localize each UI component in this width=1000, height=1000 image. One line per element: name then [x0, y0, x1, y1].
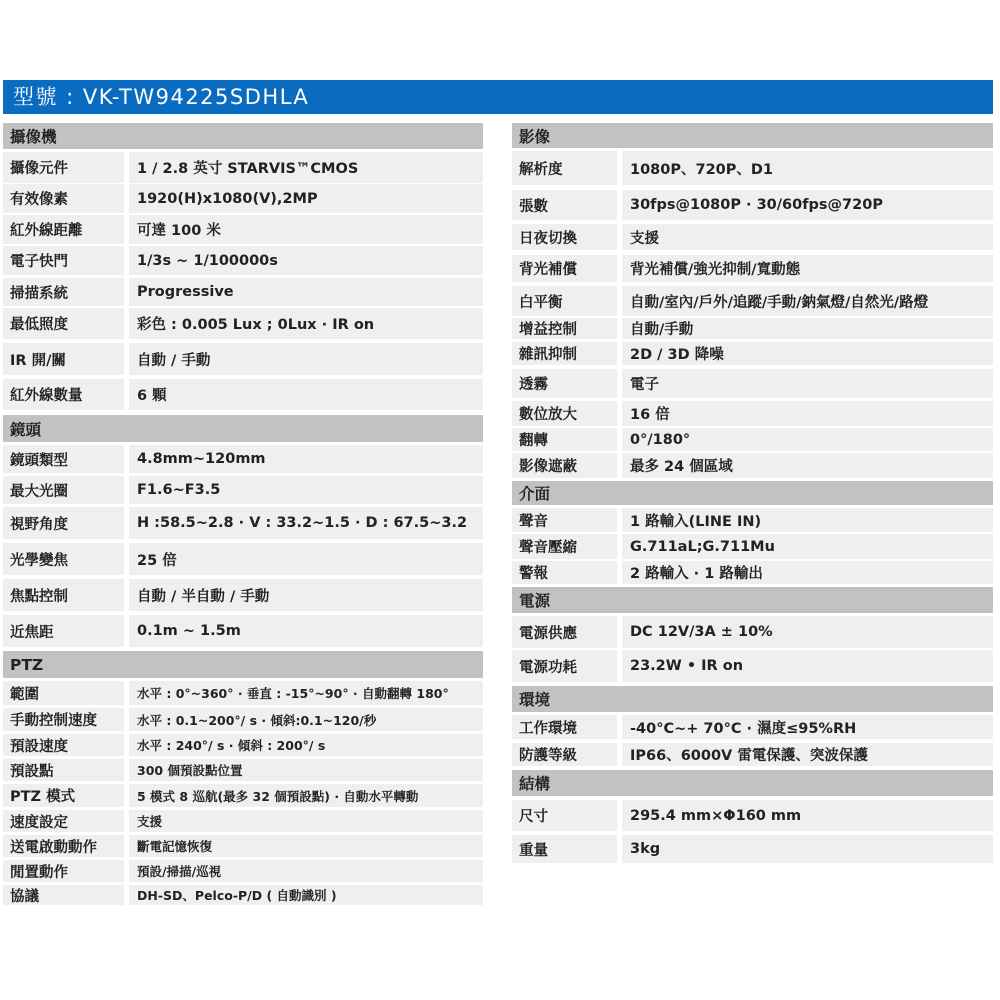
spec-label: 數位放大: [512, 401, 617, 426]
spec-label: 雜訊抑制: [512, 342, 617, 365]
spec-value: 4.8mm~120mm: [129, 445, 483, 473]
spec-label: 影像遮蔽: [512, 453, 617, 478]
spec-value: 斷電記憶恢復: [129, 835, 483, 857]
section-header-structure: 結構: [512, 770, 993, 796]
spec-value: DC 12V/3A ± 10%: [622, 616, 993, 648]
spec-label: 最大光圈: [3, 476, 124, 504]
spec-value: 預設/掃描/巡視: [129, 860, 483, 882]
spec-value: 1/3s ~ 1/100000s: [129, 246, 483, 275]
spec-value: 電子: [622, 369, 993, 398]
spec-value: Progressive: [129, 278, 483, 306]
spec-label: 防護等級: [512, 743, 617, 766]
spec-value: H :58.5~2.8 · V : 33.2~1.5 · D : 67.5~3.…: [129, 507, 483, 539]
spec-value: 2D / 3D 降噪: [622, 342, 993, 365]
spec-label: 工作環境: [512, 715, 617, 739]
spec-label: 焦點控制: [3, 579, 124, 611]
spec-label: 警報: [512, 561, 617, 584]
spec-label: 翻轉: [512, 428, 617, 451]
spec-label: 視野角度: [3, 507, 124, 539]
spec-label: 協議: [3, 885, 124, 905]
spec-label: 電子快門: [3, 246, 124, 275]
spec-value: 30fps@1080P · 30/60fps@720P: [622, 190, 993, 220]
spec-value: DH-SD、Pelco-P/D ( 自動識別 ): [129, 885, 483, 905]
spec-value: 1920(H)x1080(V),2MP: [129, 184, 483, 213]
spec-value: 彩色 : 0.005 Lux ; 0Lux · IR on: [129, 308, 483, 339]
spec-label: 解析度: [512, 151, 617, 185]
spec-value: 1 路輸入(LINE IN): [622, 508, 993, 532]
spec-value: 可達 100 米: [129, 215, 483, 244]
spec-value: 自動/室內/戶外/追蹤/手動/鈉氣燈/自然光/路燈: [622, 286, 993, 316]
spec-value: 2 路輸入 · 1 路輸出: [622, 561, 993, 584]
section-header-image: 影像: [512, 123, 993, 148]
spec-label: 電源功耗: [512, 650, 617, 682]
spec-label: 紅外線距離: [3, 215, 124, 244]
spec-value: 300 個預設點位置: [129, 759, 483, 781]
section-header-power: 電源: [512, 587, 993, 613]
spec-label: 閒置動作: [3, 860, 124, 882]
spec-label: 聲音壓縮: [512, 534, 617, 559]
spec-value: 自動/手動: [622, 318, 993, 339]
spec-label: 光學變焦: [3, 543, 124, 575]
spec-label: 速度設定: [3, 810, 124, 832]
spec-value: 23.2W • IR on: [622, 650, 993, 682]
spec-value: G.711aL;G.711Mu: [622, 534, 993, 559]
spec-label: 尺寸: [512, 800, 617, 831]
section-header-environment: 環境: [512, 686, 993, 712]
spec-value: 0°/180°: [622, 428, 993, 451]
spec-value: 水平 : 240°/ s · 傾斜 : 200°/ s: [129, 734, 483, 756]
spec-label: 鏡頭類型: [3, 445, 124, 473]
spec-value: 背光補償/強光抑制/寬動態: [622, 255, 993, 282]
spec-label: 預設速度: [3, 734, 124, 756]
spec-value: 16 倍: [622, 401, 993, 426]
spec-value: F1.6~F3.5: [129, 476, 483, 504]
spec-value: 1080P、720P、D1: [622, 151, 993, 185]
spec-value: 1 / 2.8 英寸 STARVIS™CMOS: [129, 152, 483, 183]
spec-value: 最多 24 個區域: [622, 453, 993, 478]
spec-label: 白平衡: [512, 286, 617, 316]
model-title-bar: 型號 : VK-TW94225SDHLA: [3, 80, 993, 114]
section-header-lens: 鏡頭: [3, 415, 483, 442]
spec-value: 5 模式 8 巡航(最多 32 個預設點) · 自動水平轉動: [129, 784, 483, 807]
spec-label: 攝像元件: [3, 152, 124, 183]
spec-label: 電源供應: [512, 616, 617, 648]
spec-label: IR 開/關: [3, 343, 124, 375]
spec-value: 支援: [129, 810, 483, 832]
spec-value: 0.1m ~ 1.5m: [129, 615, 483, 647]
spec-value: IP66、6000V 雷電保護、突波保護: [622, 743, 993, 766]
spec-value: 3kg: [622, 835, 993, 863]
spec-label: 掃描系統: [3, 278, 124, 306]
spec-label: 聲音: [512, 508, 617, 532]
section-header-interface: 介面: [512, 481, 993, 505]
spec-label: 近焦距: [3, 615, 124, 647]
spec-value: 295.4 mm×Φ160 mm: [622, 800, 993, 831]
spec-value: 水平 : 0°~360° · 垂直 : -15°~90° · 自動翻轉 180°: [129, 681, 483, 705]
spec-value: 水平 : 0.1~200°/ s · 傾斜:0.1~120/秒: [129, 708, 483, 731]
section-header-ptz: PTZ: [3, 651, 483, 678]
spec-value: 自動 / 半自動 / 手動: [129, 579, 483, 611]
spec-label: 送電啟動動作: [3, 835, 124, 857]
spec-label: 張數: [512, 190, 617, 220]
spec-value: 自動 / 手動: [129, 343, 483, 375]
spec-label: 範圍: [3, 681, 124, 705]
spec-value: 6 顆: [129, 379, 483, 410]
spec-label: 預設點: [3, 759, 124, 781]
spec-label: 背光補償: [512, 255, 617, 282]
spec-value: 支援: [622, 224, 993, 250]
spec-value: 25 倍: [129, 543, 483, 575]
spec-label: 紅外線數量: [3, 379, 124, 410]
section-header-camera: 攝像機: [3, 123, 483, 149]
spec-value: -40°C~+ 70°C · 濕度≤95%RH: [622, 715, 993, 739]
spec-label: 重量: [512, 835, 617, 863]
spec-label: 手動控制速度: [3, 708, 124, 731]
spec-label: PTZ 模式: [3, 784, 124, 807]
spec-label: 透霧: [512, 369, 617, 398]
spec-label: 增益控制: [512, 318, 617, 339]
spec-label: 有效像素: [3, 184, 124, 213]
spec-label: 最低照度: [3, 308, 124, 339]
spec-label: 日夜切換: [512, 224, 617, 250]
